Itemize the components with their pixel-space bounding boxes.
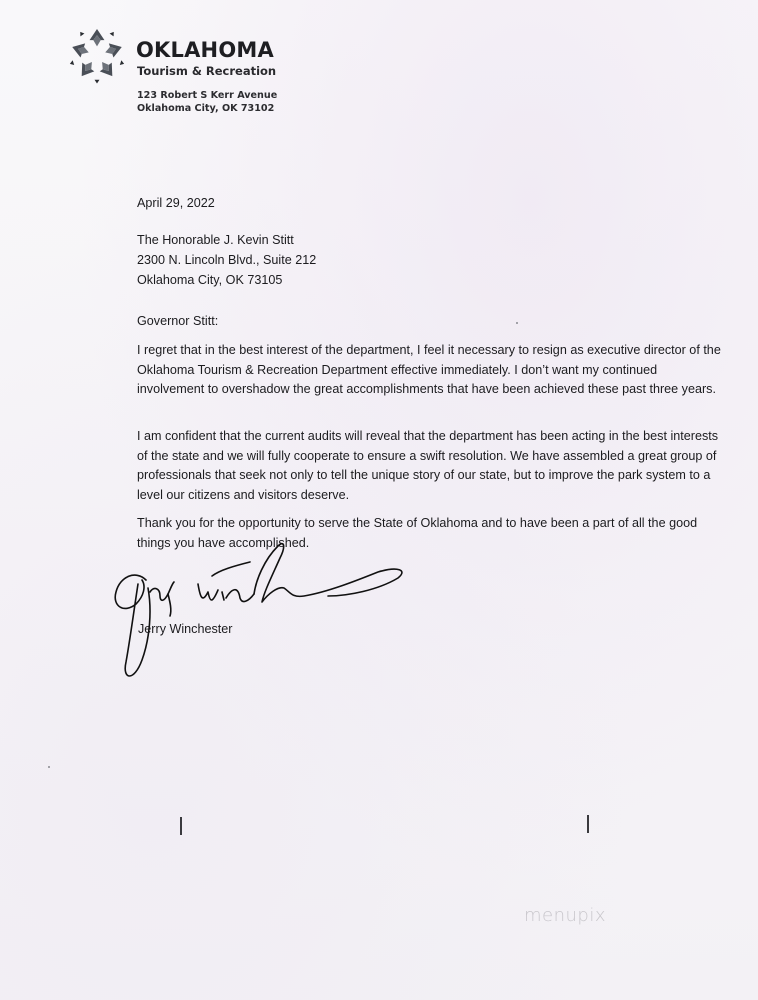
recipient-address-line1: 2300 N. Lincoln Blvd., Suite 212 [137,250,727,270]
scan-speck [516,322,518,324]
org-name: OKLAHOMA [136,40,274,61]
scan-mark-right [587,815,589,833]
letter-page: OKLAHOMA Tourism & Recreation 123 Robert… [0,0,758,1000]
oklahoma-star-logo-icon [66,24,128,86]
letter-date: April 29, 2022 [137,194,727,214]
scan-speck [48,766,50,768]
recipient-block: The Honorable J. Kevin Stitt 2300 N. Lin… [137,230,727,290]
recipient-address-line2: Oklahoma City, OK 73105 [137,270,727,290]
recipient-name: The Honorable J. Kevin Stitt [137,230,727,250]
handwritten-signature-icon [108,540,418,685]
paragraph-2: I am confident that the current audits w… [137,427,727,505]
salutation: Governor Stitt: [137,312,727,332]
org-address-line2: Oklahoma City, OK 73102 [137,103,277,116]
signer-name: Jerry Winchester [138,620,728,640]
org-subtitle: Tourism & Recreation [137,66,276,78]
paragraph-1: I regret that in the best interest of th… [137,341,727,400]
org-address-line1: 123 Robert S Kerr Avenue [137,90,277,103]
org-address: 123 Robert S Kerr Avenue Oklahoma City, … [137,90,277,115]
watermark: menupix [524,905,606,926]
scan-mark-left [180,817,182,835]
